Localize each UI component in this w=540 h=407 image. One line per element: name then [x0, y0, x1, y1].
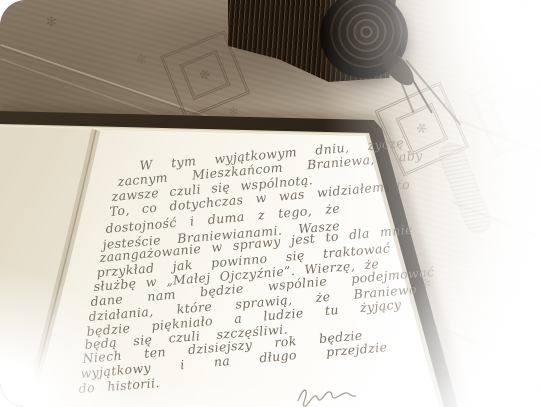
guest-book: W tym wyjątkowym dniu, życzę zacnym Mies…	[0, 0, 540, 407]
photo-frame: ✻ ✻ ✻ ✻ ✻ ✻ ✻	[0, 0, 540, 407]
